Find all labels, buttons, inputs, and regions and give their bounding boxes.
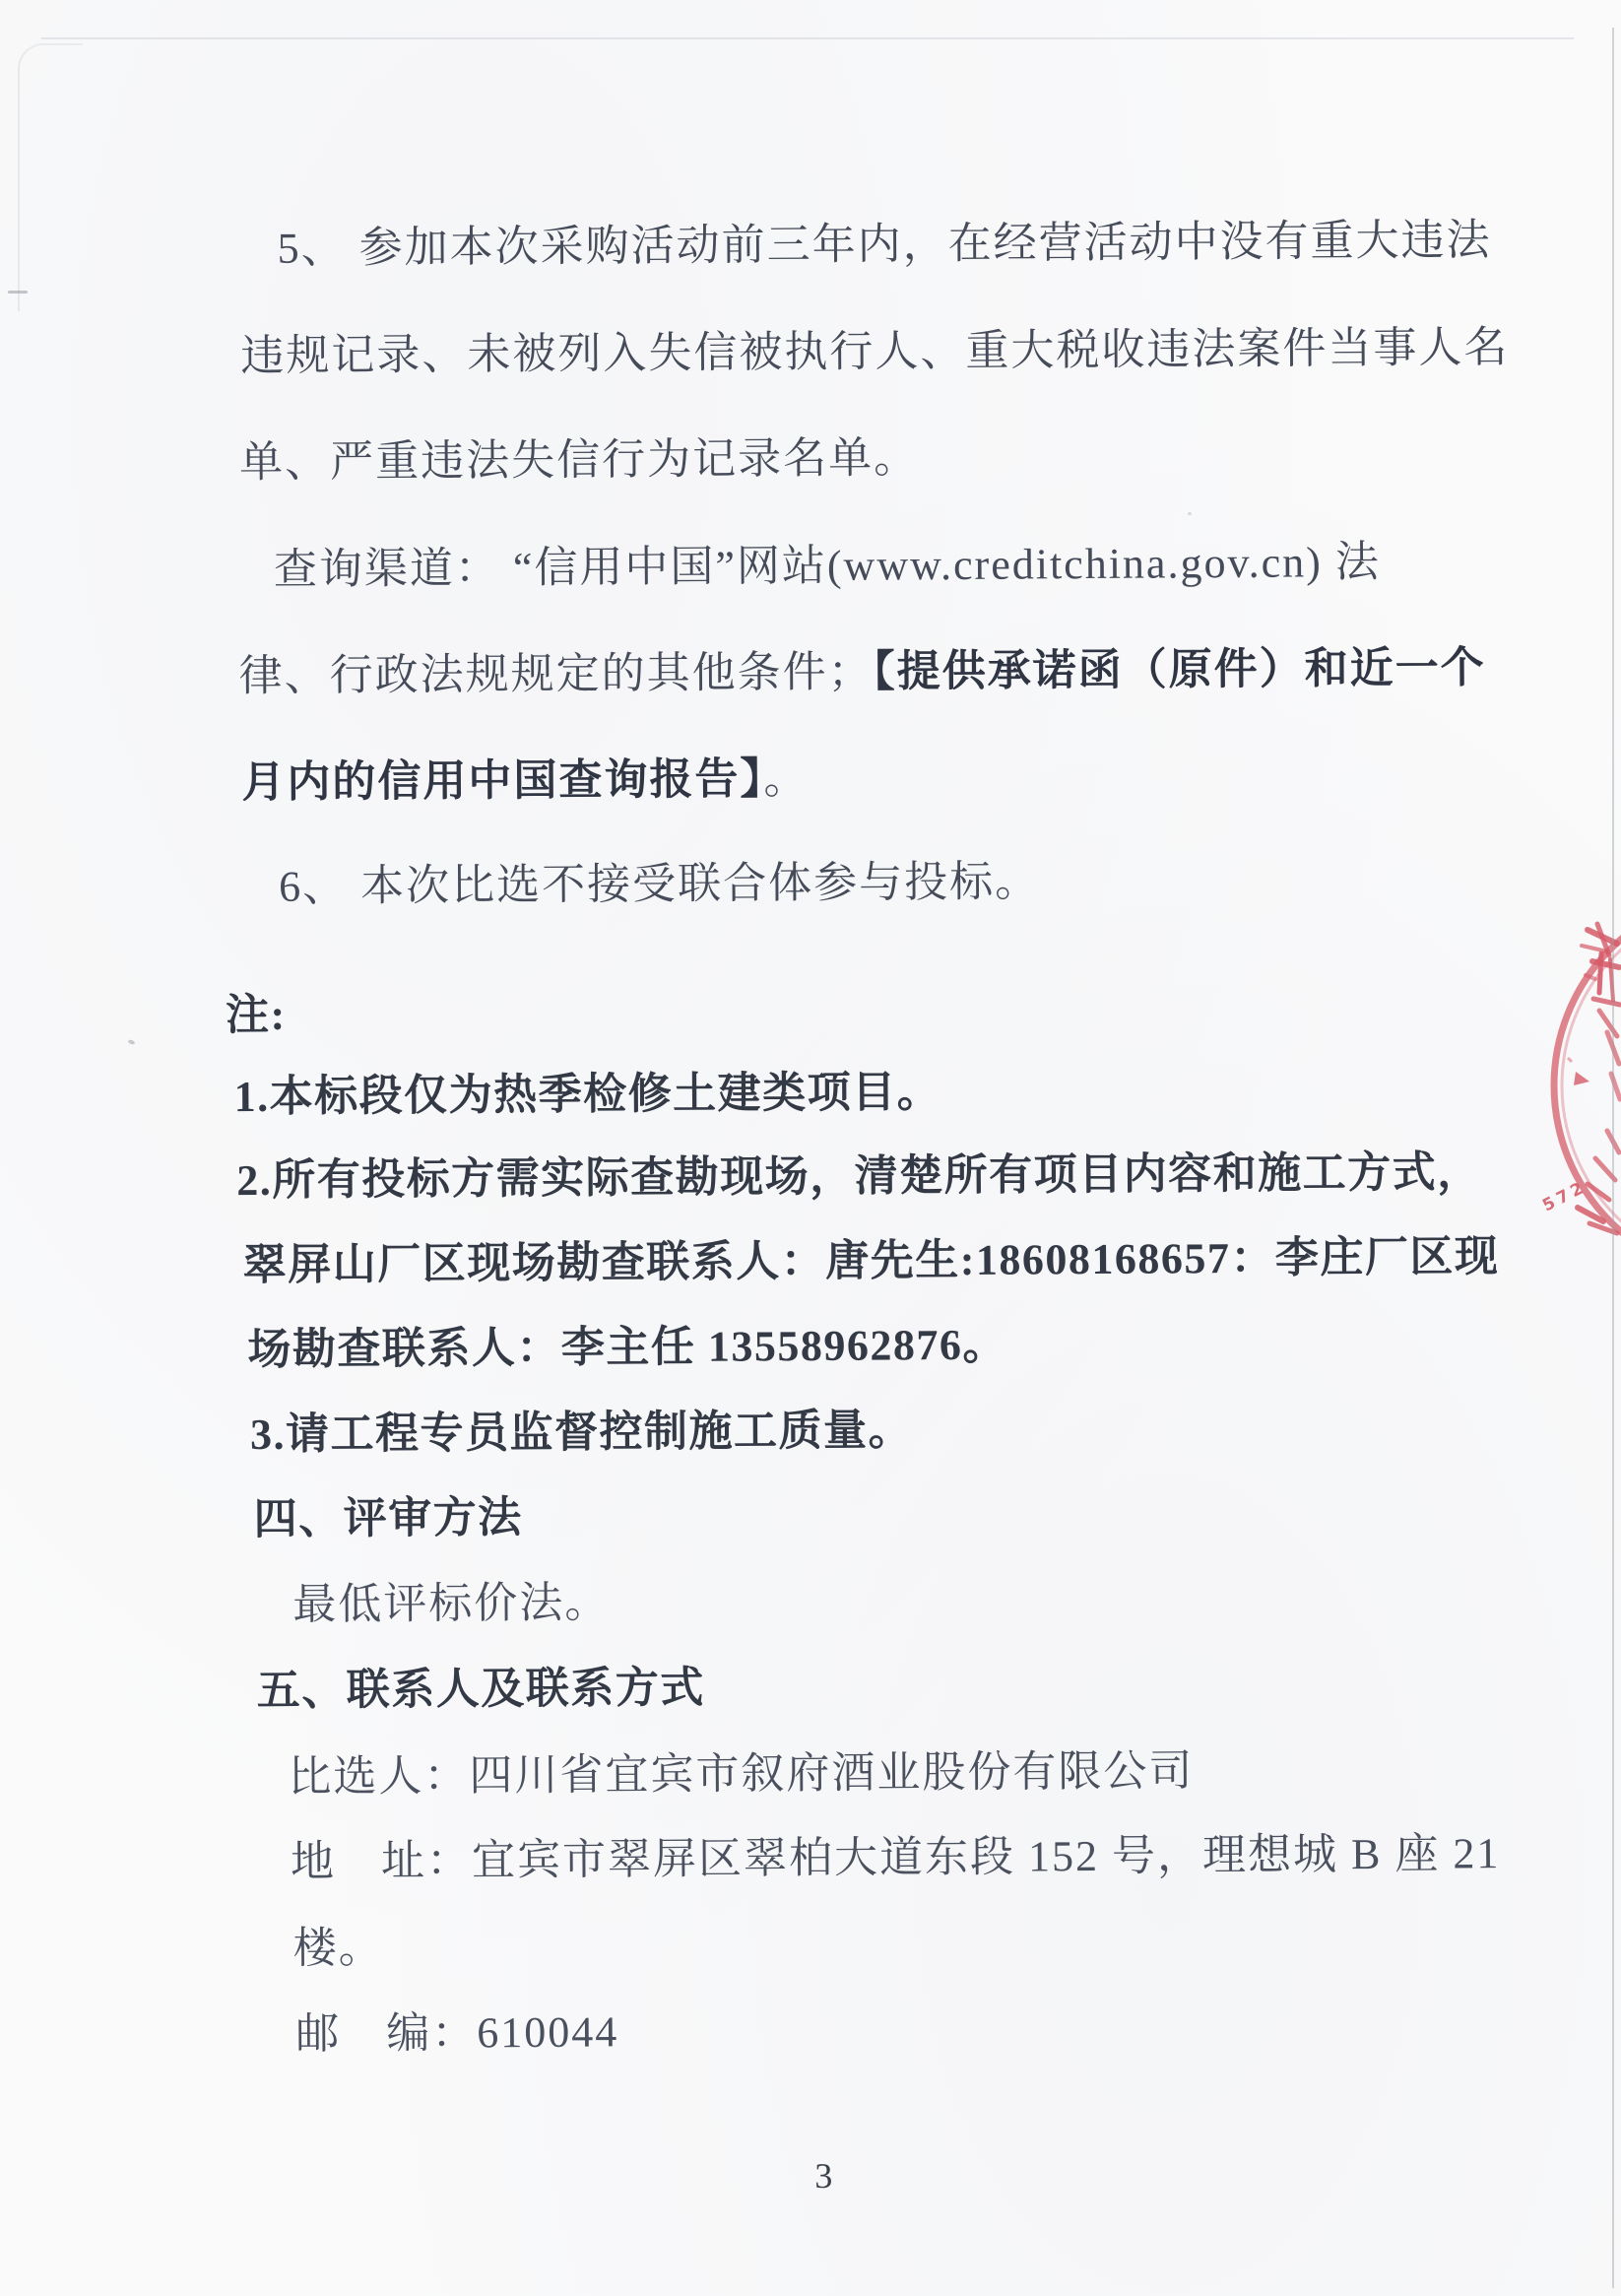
- query-normal-segment-2: 。: [763, 754, 809, 803]
- section-4-body: 最低评标价法。: [292, 1578, 610, 1630]
- query-normal-segment: 律、行政法规规定的其他条件；: [238, 648, 873, 700]
- contact-address-line-2: 楼。: [292, 1924, 383, 1974]
- paragraph-6: 6、 本次比选不接受联合体参与投标。: [279, 857, 1040, 912]
- query-channel-line-2: 律、行政法规规定的其他条件；【提供承诺函（原件）和近一个: [238, 643, 1485, 701]
- note-1: 1.本标段仅为热季检修土建类项目。: [233, 1068, 941, 1123]
- note-2-line-1: 2.所有投标方需实际查勘现场，清楚所有项目内容和施工方式，: [236, 1148, 1482, 1206]
- note-2-line-2: 翠屏山厂区现场勘查联系人：唐先生:18608168657：李庄厂区现: [243, 1232, 1500, 1290]
- note-2-line-3: 场勘查联系人：李主任 13558962876。: [247, 1321, 1007, 1376]
- red-seal-stamp-icon: 572: [1538, 916, 1621, 1256]
- page-number: 3: [814, 2155, 832, 2197]
- bracket-bold-segment: 【提供承诺函（原件）和近一个: [873, 643, 1485, 695]
- query-channel-line-3: 月内的信用中国查询报告】。: [241, 754, 809, 809]
- section-5-heading: 五、联系人及联系方式: [257, 1664, 705, 1717]
- note-label: 注:: [226, 991, 287, 1041]
- bracket-bold-segment-2: 月内的信用中国查询报告】: [241, 754, 763, 807]
- paragraph-5-line-1: 5、 参加本次采购活动前三年内，在经营活动中没有重大违法: [277, 216, 1491, 274]
- paragraph-5-line-3: 单、严重违法失信行为记录名单。: [239, 433, 919, 488]
- query-channel-line-1: 查询渠道： “信用中国”网站(www.creditchina.gov.cn) 法: [274, 538, 1381, 595]
- paragraph-5-line-2: 违规记录、未被列入失信被执行人、重大税收违法案件当事人名: [240, 323, 1509, 382]
- contact-bidder-line: 比选人：四川省宜宾市叙府酒业股份有限公司: [288, 1746, 1194, 1803]
- section-4-heading: 四、评审方法: [253, 1493, 522, 1544]
- contact-address-line-1: 地 址：宜宾市翠屏区翠柏大道东段 152 号，理想城 B 座 21: [291, 1829, 1501, 1887]
- scanned-document-page: 5、 参加本次采购活动前三年内，在经营活动中没有重大违法 违规记录、未被列入失信…: [0, 0, 1621, 2296]
- note-3: 3.请工程专员监督控制施工质量。: [250, 1406, 913, 1460]
- contact-zip-line: 邮 编：610044: [295, 2007, 618, 2060]
